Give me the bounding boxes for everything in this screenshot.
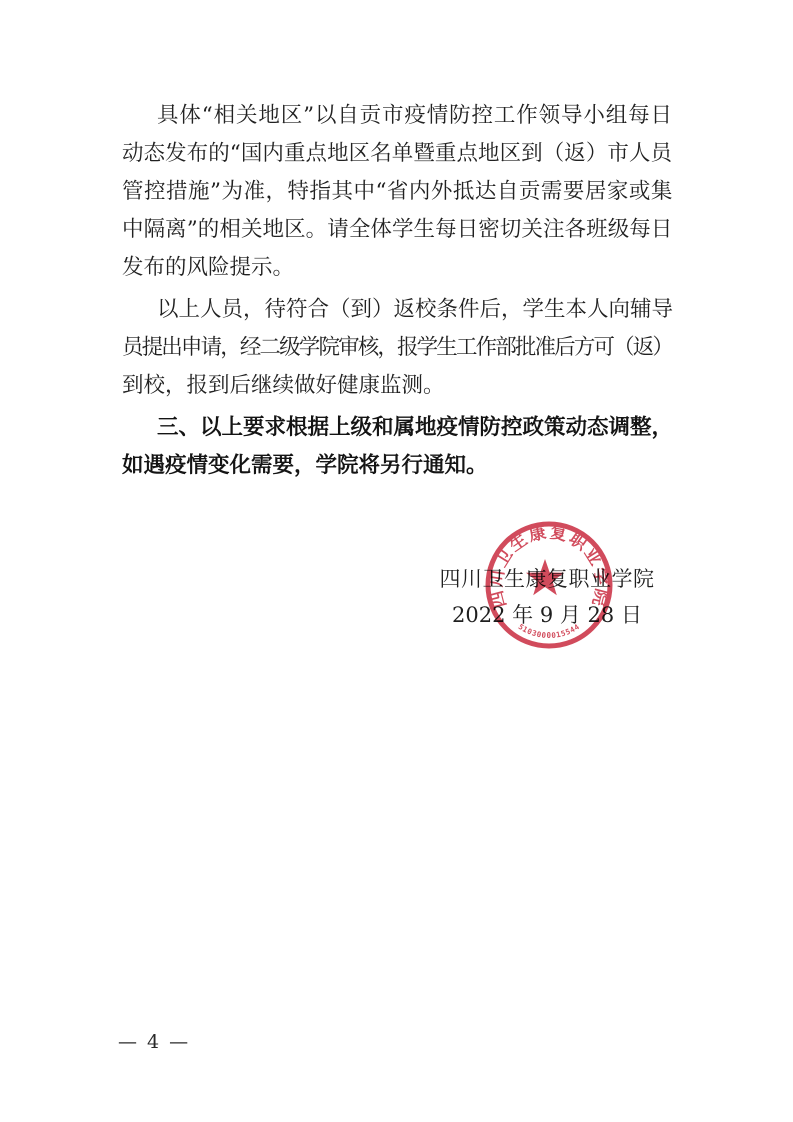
- seal-serial-number: 5103000015544: [517, 622, 582, 640]
- paragraph-return-procedure: 以上人员，待符合（到）返校条件后，学生本人向辅导 员提出申请，经二级学院审核，报…: [122, 291, 672, 405]
- text-line: 如遇疫情变化需要，学院将另行通知。: [122, 447, 672, 485]
- text-line: 中隔离”的相关地区。请全体学生每日密切关注各班级每日: [122, 211, 672, 249]
- document-body: 具体“相关地区”以自贡市疫情防控工作领导小组每日 动态发布的“国内重点地区名单暨…: [122, 97, 672, 485]
- document-page: 具体“相关地区”以自贡市疫情防控工作领导小组每日 动态发布的“国内重点地区名单暨…: [0, 0, 793, 1122]
- text-line: 动态发布的“国内重点地区名单暨重点地区到（返）市人员: [122, 135, 672, 173]
- page-number: — 4 —: [118, 1031, 190, 1053]
- paragraph-item-three-policy-adjustment: 三、以上要求根据上级和属地疫情防控政策动态调整， 如遇疫情变化需要，学院将另行通…: [122, 409, 672, 485]
- text-line: 到校，报到后继续做好健康监测。: [122, 367, 672, 405]
- text-line: 发布的风险提示。: [122, 249, 672, 287]
- text-line: 以上人员，待符合（到）返校条件后，学生本人向辅导: [122, 291, 672, 329]
- seal-star-icon: [526, 559, 564, 595]
- text-line: 管控措施”为准，特指其中“省内外抵达自贡需要居家或集: [122, 173, 672, 211]
- seal-arc-text: 四川卫生康复职业学院: [486, 521, 612, 610]
- text-line: 具体“相关地区”以自贡市疫情防控工作领导小组每日: [122, 97, 672, 135]
- text-line: 三、以上要求根据上级和属地疫情防控政策动态调整，: [122, 409, 672, 447]
- official-seal: 四川卫生康复职业学院 5103000015544: [481, 517, 617, 653]
- paragraph-related-areas: 具体“相关地区”以自贡市疫情防控工作领导小组每日 动态发布的“国内重点地区名单暨…: [122, 97, 672, 287]
- text-line: 员提出申请，经二级学院审核，报学生工作部批准后方可（返）: [122, 329, 672, 367]
